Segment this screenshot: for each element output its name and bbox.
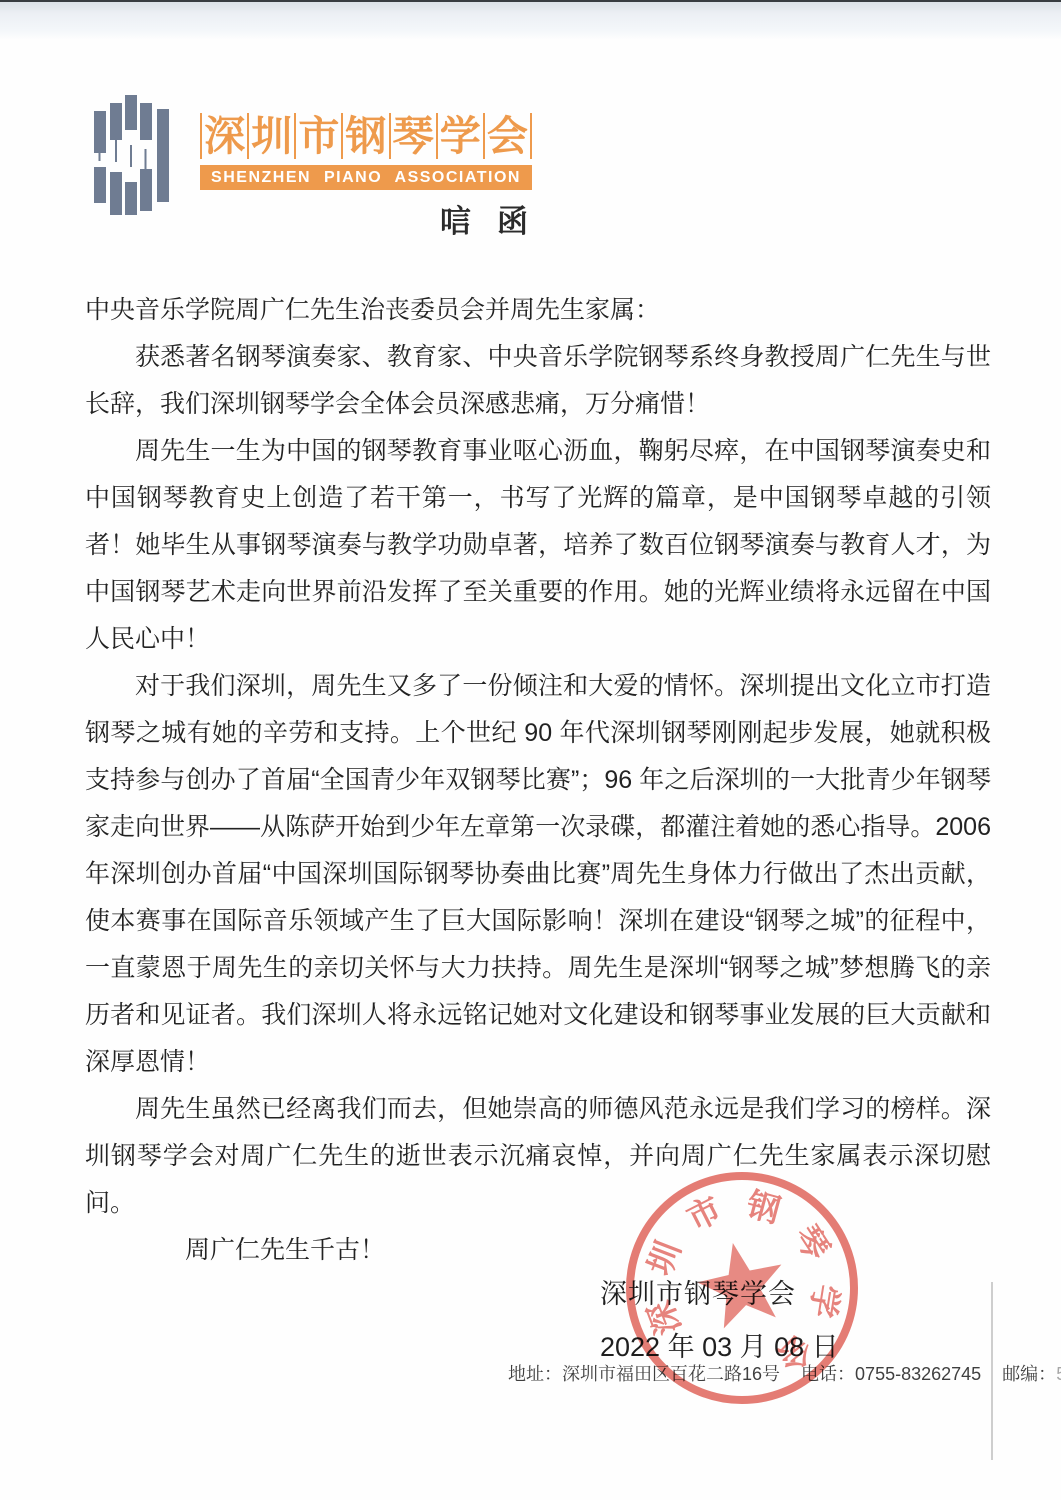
divider xyxy=(483,113,485,159)
footer-address: 地址：深圳市福田区百花二路16号 xyxy=(508,1364,780,1384)
document-title: 唁函 xyxy=(440,196,640,241)
paragraph: 周先生一生为中国的钢琴教育事业呕心沥血，鞠躬尽瘁，在中国钢琴演奏史和中国钢琴教育… xyxy=(85,428,991,663)
logo-chinese-name: 深 圳 市 钢 琴 学 会 xyxy=(200,110,532,162)
footer-zip: 邮编：518028 xyxy=(1002,1364,1061,1384)
logo-char: 学 xyxy=(440,110,481,162)
scan-edge-artifact xyxy=(0,0,1061,40)
logo-char: 圳 xyxy=(251,110,292,162)
logo-char: 钢 xyxy=(345,110,386,162)
divider xyxy=(247,113,249,159)
memorial-line: 周广仁先生千古！ xyxy=(85,1227,991,1274)
logo-char: 市 xyxy=(298,110,339,162)
footer-phone: 电话：0755-83262745 xyxy=(801,1364,981,1384)
logo-english-name: SHENZHEN PIANO ASSOCIATION xyxy=(200,165,532,190)
association-logo: 深 圳 市 钢 琴 学 会 SHENZHEN PIANO ASSOCIATION xyxy=(200,110,532,190)
paragraph: 周先生虽然已经离我们而去，但她崇高的师德风范永远是我们学习的榜样。深圳钢琴学会对… xyxy=(85,1086,991,1227)
divider xyxy=(200,113,202,159)
divider xyxy=(530,113,532,159)
divider xyxy=(436,113,438,159)
salutation: 中央音乐学院周广仁先生治丧委员会并周先生家属： xyxy=(85,287,991,334)
divider xyxy=(389,113,391,159)
signature-block: 深圳市钢琴学会 2022 年 03 月 08 日 xyxy=(600,1272,839,1364)
scanned-condolence-letter: 深 圳 市 钢 琴 学 会 SHENZHEN PIANO ASSOCIATION… xyxy=(0,0,1061,1500)
signature-date: 2022 年 03 月 08 日 xyxy=(600,1325,839,1364)
paragraph: 对于我们深圳，周先生又多了一份倾注和大爱的情怀。深圳提出文化立市打造钢琴之城有她… xyxy=(85,663,991,1086)
divider xyxy=(294,113,296,159)
logo-char: 会 xyxy=(487,110,528,162)
divider xyxy=(341,113,343,159)
logo-char: 深 xyxy=(204,110,245,162)
scan-edge-artifact xyxy=(991,1282,993,1460)
signature-name: 深圳市钢琴学会 xyxy=(600,1272,839,1311)
letter-body: 中央音乐学院周广仁先生治丧委员会并周先生家属： 获悉著名钢琴演奏家、教育家、中央… xyxy=(85,287,991,1274)
paragraph: 获悉著名钢琴演奏家、教育家、中央音乐学院钢琴系终身教授周广仁先生与世长辞，我们深… xyxy=(85,334,991,428)
piano-keys-icon xyxy=(75,85,197,217)
logo-char: 琴 xyxy=(393,110,434,162)
